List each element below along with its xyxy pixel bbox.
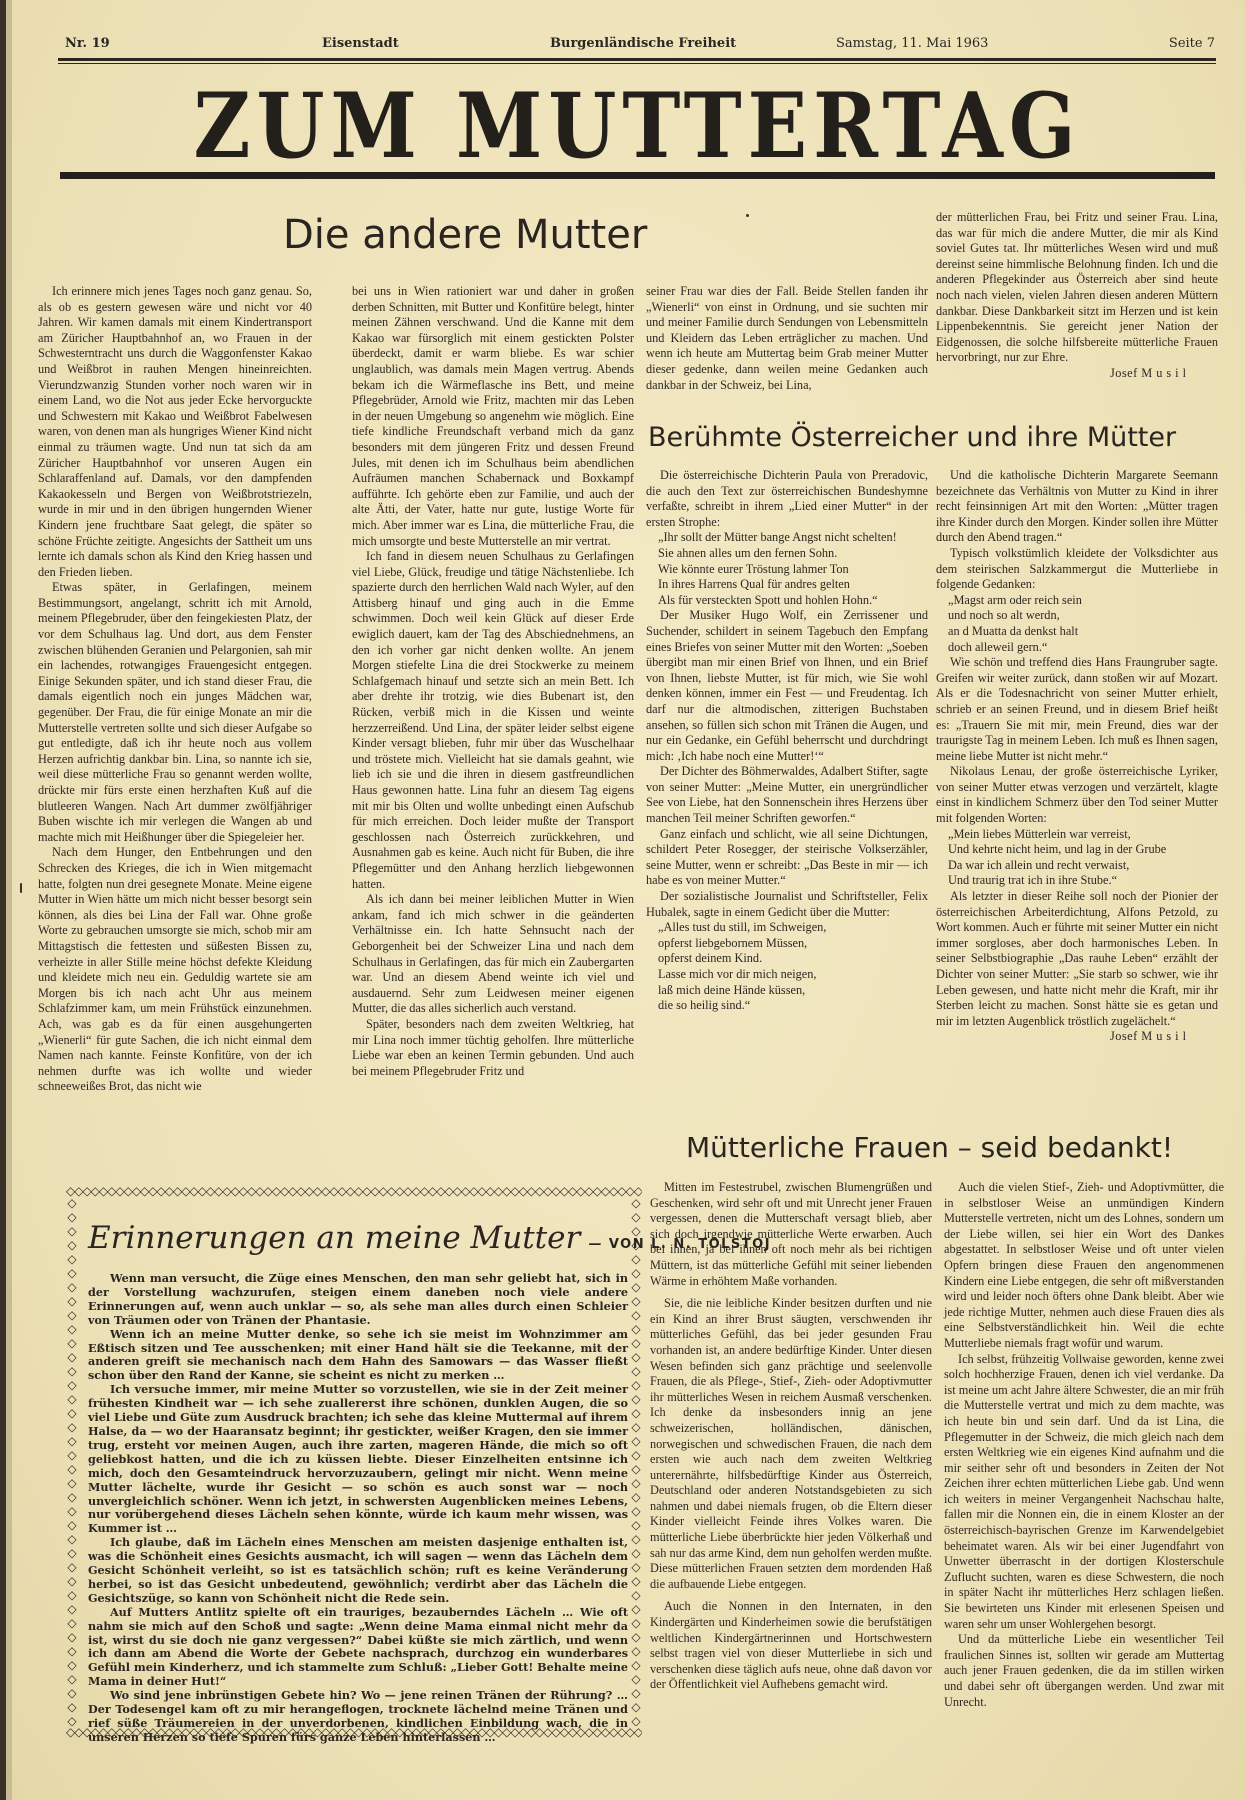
verse-line: doch alleweil gern.“ [936, 640, 1218, 656]
issue-date: Samstag, 11. Mai 1963 [836, 36, 988, 51]
verse-line: Lasse mich vor dir mich neigen, [646, 967, 928, 983]
section-title: ZUM MUTTERTAG [60, 82, 1215, 172]
verse-line: Als für versteckten Spott und hohlen Hoh… [646, 593, 928, 609]
paragraph: Ich versuche immer, mir meine Mutter so … [88, 1383, 628, 1536]
decorative-border-left: ◇◇◇◇◇◇◇◇◇◇◇◇◇◇◇◇◇◇◇◇◇◇◇◇◇◇◇◇◇◇◇◇◇◇◇◇◇◇◇◇ [66, 1196, 78, 1726]
masthead-rule [58, 58, 1216, 61]
article1-column-4: der mütterlichen Frau, bei Fritz und sei… [936, 210, 1218, 382]
paragraph: Auch die Nonnen in den Internaten, in de… [650, 1599, 932, 1693]
article3-column-2: Auch die vielen Stief-, Zieh- und Adopti… [944, 1180, 1224, 1710]
verse-line: Und traurig trat ich in ihre Stube.“ [936, 873, 1218, 889]
paragraph: Auch die vielen Stief-, Zieh- und Adopti… [944, 1180, 1224, 1352]
paragraph: der mütterlichen Frau, bei Fritz und sei… [936, 210, 1218, 366]
paragraph: Auf Mutters Antlitz spielte oft ein trau… [88, 1606, 628, 1689]
paragraph: Die österreichische Dichterin Paula von … [646, 468, 928, 530]
paragraph: Nikolaus Lenau, der große österreichisch… [936, 764, 1218, 826]
masthead: Nr. 19 Eisenstadt Burgenländische Freihe… [60, 36, 1215, 56]
author-signature: Josef Musil [936, 1029, 1218, 1045]
byline: — VON L. N. TOLSTOJ [588, 1237, 771, 1252]
title-rule [60, 172, 1215, 179]
verse-line: „Ihr sollt der Mütter bange Angst nicht … [646, 530, 928, 546]
print-speck [20, 883, 22, 893]
paragraph: seiner Frau war dies der Fall. Beide Ste… [646, 284, 928, 393]
paragraph: Ganz einfach und schlicht, wie all seine… [646, 827, 928, 889]
place-name: Eisenstadt [322, 36, 399, 51]
verse-line: opferst liebgebornem Müssen, [646, 936, 928, 952]
verse-line: opferst deinem Kind. [646, 951, 928, 967]
verse-line: In ihres Harrens Qual für andres gelten [646, 577, 928, 593]
verse-line: „Alles tust du still, im Schweigen, [646, 920, 928, 936]
newspaper-name: Burgenländische Freiheit [550, 36, 736, 51]
verse-line: Sie ahnen alles um den fernen Sohn. [646, 546, 928, 562]
article1-column-1: Ich erinnere mich jenes Tages noch ganz … [38, 284, 312, 1095]
article2-column-1: Die österreichische Dichterin Paula von … [646, 468, 928, 1014]
decorative-border-top: ◇◇◇◇◇◇◇◇◇◇◇◇◇◇◇◇◇◇◇◇◇◇◇◇◇◇◇◇◇◇◇◇◇◇◇◇◇◇◇◇… [66, 1185, 642, 1197]
paragraph: Wenn man versucht, die Züge eines Mensch… [88, 1272, 628, 1328]
verse-line: Und kehrte nicht heim, und lag in der Gr… [936, 842, 1218, 858]
paragraph: Der Musiker Hugo Wolf, ein Zerrissener u… [646, 608, 928, 764]
verse-line: Wie könnte eurer Tröstung lahmer Ton [646, 562, 928, 578]
headline-muetterliche-frauen: Mütterliche Frauen – seid bedankt! [686, 1134, 1173, 1162]
verse-line: die so heilig sind.“ [646, 998, 928, 1014]
print-speck [746, 214, 749, 217]
paragraph: Nach dem Hunger, den Entbehrungen und de… [38, 845, 312, 1095]
paragraph: Wo sind jene inbrünstigen Gebete hin? Wo… [88, 1689, 628, 1745]
verse-line: Da war ich allein und recht verwaist, [936, 858, 1218, 874]
paragraph: Der sozialistische Journalist und Schrif… [646, 889, 928, 920]
paragraph: Wie schön und treffend dies Hans Fraungr… [936, 655, 1218, 764]
paragraph: Später, besonders nach dem zweiten Weltk… [352, 1017, 634, 1079]
article1-column-2: bei uns in Wien rationiert war und daher… [352, 284, 634, 1079]
issue-number: Nr. 19 [65, 36, 110, 51]
headline-beruehmte-oesterreicher: Berühmte Österreicher und ihre Mütter [648, 424, 1176, 451]
verse-line: „Mein liebes Mütterlein war verreist, [936, 827, 1218, 843]
masthead-rule-thin [58, 63, 1216, 64]
decorative-border-right: ◇◇◇◇◇◇◇◇◇◇◇◇◇◇◇◇◇◇◇◇◇◇◇◇◇◇◇◇◇◇◇◇◇◇◇◇◇◇◇◇ [630, 1196, 642, 1726]
verse-line: und noch so alt werdn, [936, 608, 1218, 624]
paragraph: Und da mütterliche Liebe ein wesentliche… [944, 1632, 1224, 1710]
paragraph: Etwas später, in Gerlafingen, meinem Bes… [38, 580, 312, 845]
article4-body: Wenn man versucht, die Züge eines Mensch… [88, 1272, 628, 1745]
paragraph: Ich erinnere mich jenes Tages noch ganz … [38, 284, 312, 580]
paragraph: Ich glaube, daß im Lächeln eines Mensche… [88, 1536, 628, 1606]
paragraph: Als ich dann bei meiner leiblichen Mutte… [352, 892, 634, 1017]
author-signature: Josef Musil [936, 366, 1218, 382]
verse-line: „Magst arm oder reich sein [936, 593, 1218, 609]
newspaper-page: Nr. 19 Eisenstadt Burgenländische Freihe… [0, 0, 1245, 1800]
paragraph: Ich fand in diesem neuen Schulhaus zu Ge… [352, 549, 634, 892]
article2-column-2: Und die katholische Dichterin Margarete … [936, 468, 1218, 1045]
paragraph: Und die katholische Dichterin Margarete … [936, 468, 1218, 546]
paragraph: Wenn ich an meine Mutter denke, so sehe … [88, 1328, 628, 1384]
paragraph: Der Dichter des Böhmerwaldes, Adalbert S… [646, 764, 928, 826]
verse-line: laß mich deine Hände küssen, [646, 983, 928, 999]
paragraph: Ich selbst, frühzeitig Vollwaise geworde… [944, 1352, 1224, 1633]
verse-line: an d Muatta da denkst halt [936, 624, 1218, 640]
headline-erinnerungen: Erinnerungen an meine Mutter— VON L. N. … [88, 1220, 771, 1256]
paragraph: Typisch volkstümlich kleidete der Volksd… [936, 546, 1218, 593]
paragraph: Als letzter in dieser Reihe soll noch de… [936, 889, 1218, 1029]
article1-column-3: seiner Frau war dies der Fall. Beide Ste… [646, 284, 928, 393]
paragraph: bei uns in Wien rationiert war und daher… [352, 284, 634, 549]
headline-die-andere-mutter: Die andere Mutter [283, 215, 647, 255]
paragraph: Sie, die nie leibliche Kinder besitzen d… [650, 1296, 932, 1592]
page-edge [6, 0, 12, 1800]
article3-column-1: Mitten im Festestrubel, zwischen Blumeng… [650, 1180, 932, 1693]
page-number: Seite 7 [1169, 36, 1215, 51]
